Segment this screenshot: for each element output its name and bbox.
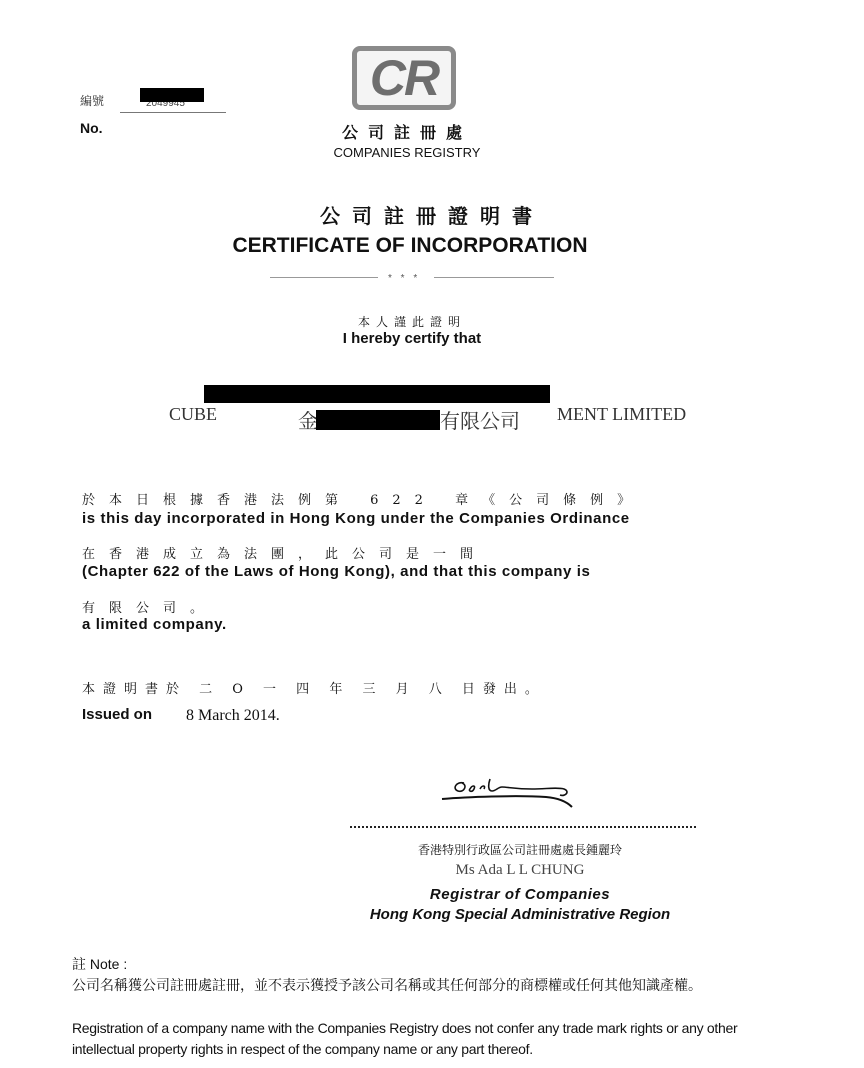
body-line3-en: a limited company. [82,616,227,633]
note-text-zh: 公司名稱獲公司註冊處註冊，並不表示獲授予該公司名稱或其任何部分的商標權或任何其他… [72,976,762,997]
certificate-number-label-zh: 編號 [80,92,104,109]
registry-name-zh: 公司註冊處 [320,120,494,143]
divider-left [270,277,378,278]
body-line1-zh: 於本日根據香港法例第 622 章《公司條例》 [82,489,644,508]
divider-right [434,277,554,278]
body-line3-zh: 有限公司。 [82,597,217,616]
note-label: 註 Note : [72,954,127,974]
certify-statement-zh: 本人謹此證明 [0,313,844,330]
signature-line [350,826,696,828]
body-line2-zh: 在香港成立為法團，此公司是一間 [82,543,487,562]
logo-text: CR [370,53,438,103]
company-name-en-redaction [204,385,550,403]
registrar-region: Hong Kong Special Administrative Region [340,906,700,923]
company-name-zh-end: 有限公司 [440,411,520,433]
body-line1-en: is this day incorporated in Hong Kong un… [82,510,630,527]
registrar-name: Ms Ada L L CHUNG [340,862,700,879]
signature-icon [436,775,586,815]
certificate-title-zh: 公司註冊證明書 [0,200,864,229]
issued-statement-zh: 本證明書於 二 O 一 四 年 三 月 八 日發出。 [82,678,546,697]
company-name-zh-start: 金 [298,411,318,433]
registrar-title-zh: 香港特別行政區公司註冊處處長鍾麗玲 [340,841,700,858]
note-text-en: Registration of a company name with the … [72,1018,762,1060]
certify-statement-en: I hereby certify that [0,330,844,347]
divider-ornament: * * * [388,273,420,284]
company-name-zh-redaction [316,410,440,430]
company-name-en-start: CUBE [169,404,217,424]
issued-label: Issued on [82,706,152,723]
certificate-number-redaction [140,88,204,102]
registry-name-en: COMPANIES REGISTRY [300,145,514,160]
certificate-title-en: CERTIFICATE OF INCORPORATION [0,234,842,258]
registrar-title-en: Registrar of Companies [340,886,700,903]
body-line2-en: (Chapter 622 of the Laws of Hong Kong), … [82,563,590,580]
certificate-number-underline [120,112,226,113]
companies-registry-logo: CR [352,46,456,110]
company-name-en-end: MENT LIMITED [557,404,686,424]
certificate-number-label-en: No. [80,120,103,136]
issued-date: 8 March 2014. [186,707,280,725]
